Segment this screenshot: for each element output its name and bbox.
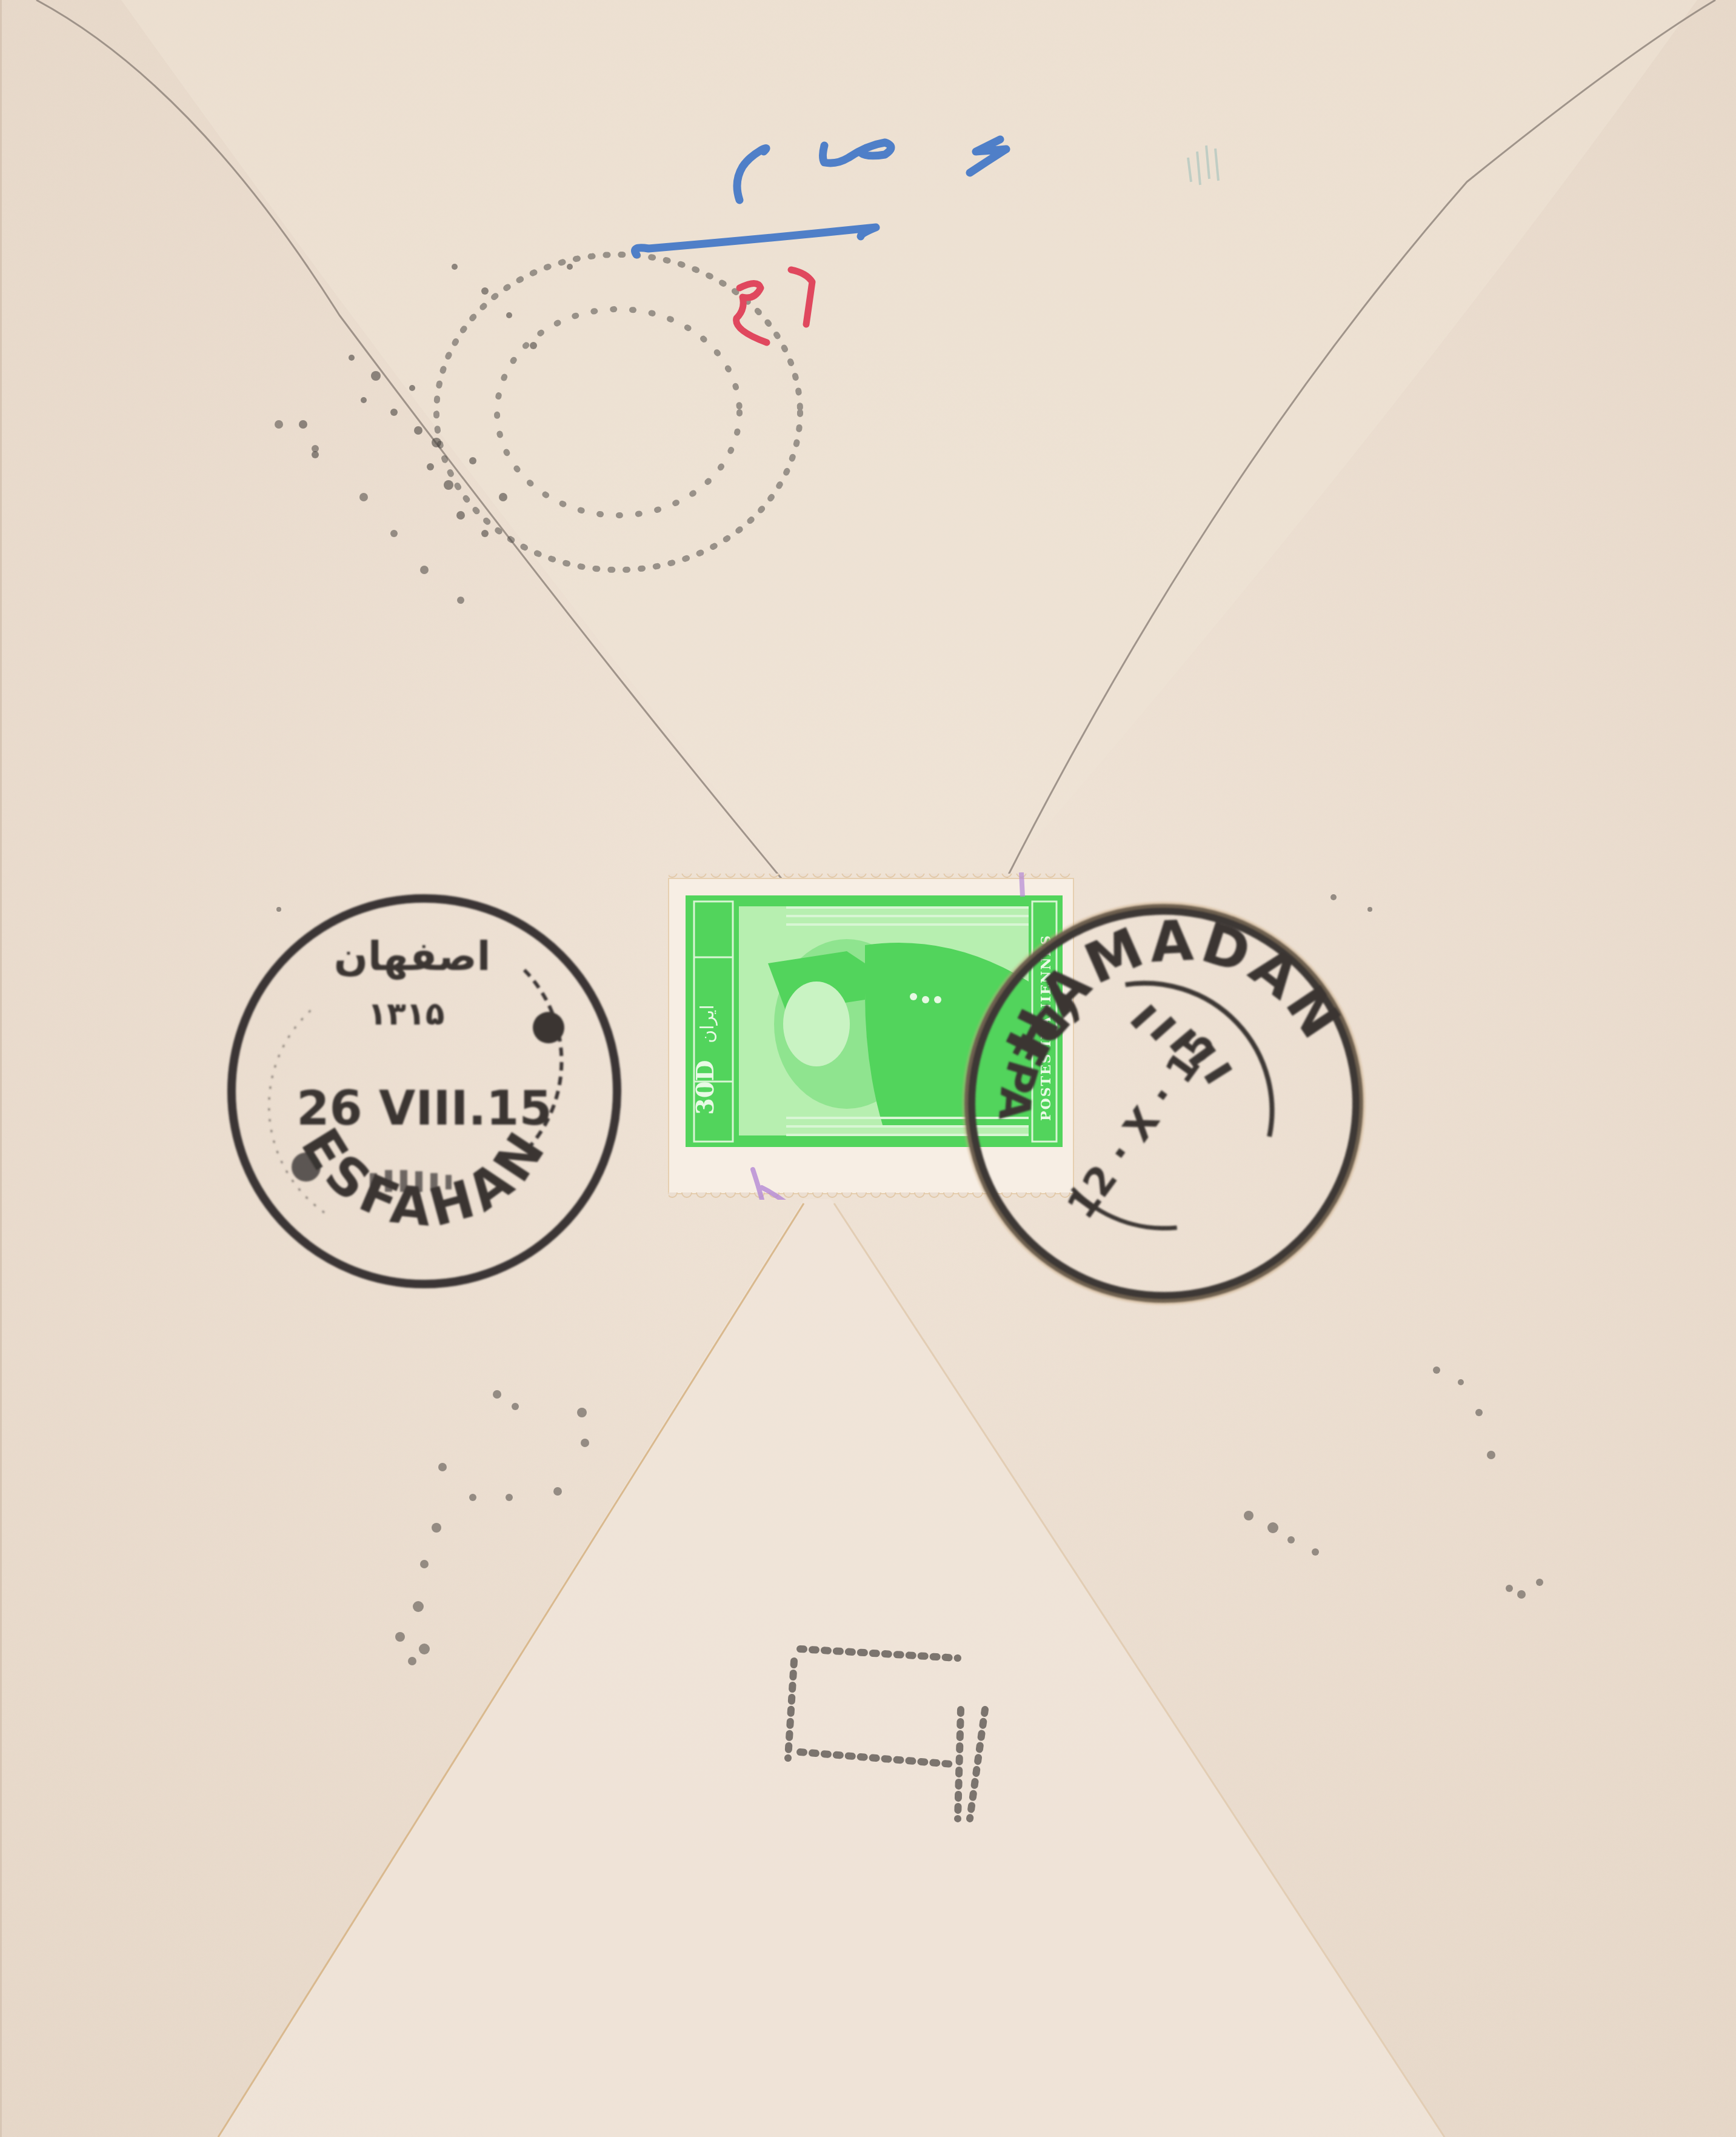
faint-smudges bbox=[0, 0, 1736, 2137]
envelope-back: 30D POSTES IRANIENNES ايران ESFAHAN 26 V… bbox=[0, 0, 1736, 2137]
